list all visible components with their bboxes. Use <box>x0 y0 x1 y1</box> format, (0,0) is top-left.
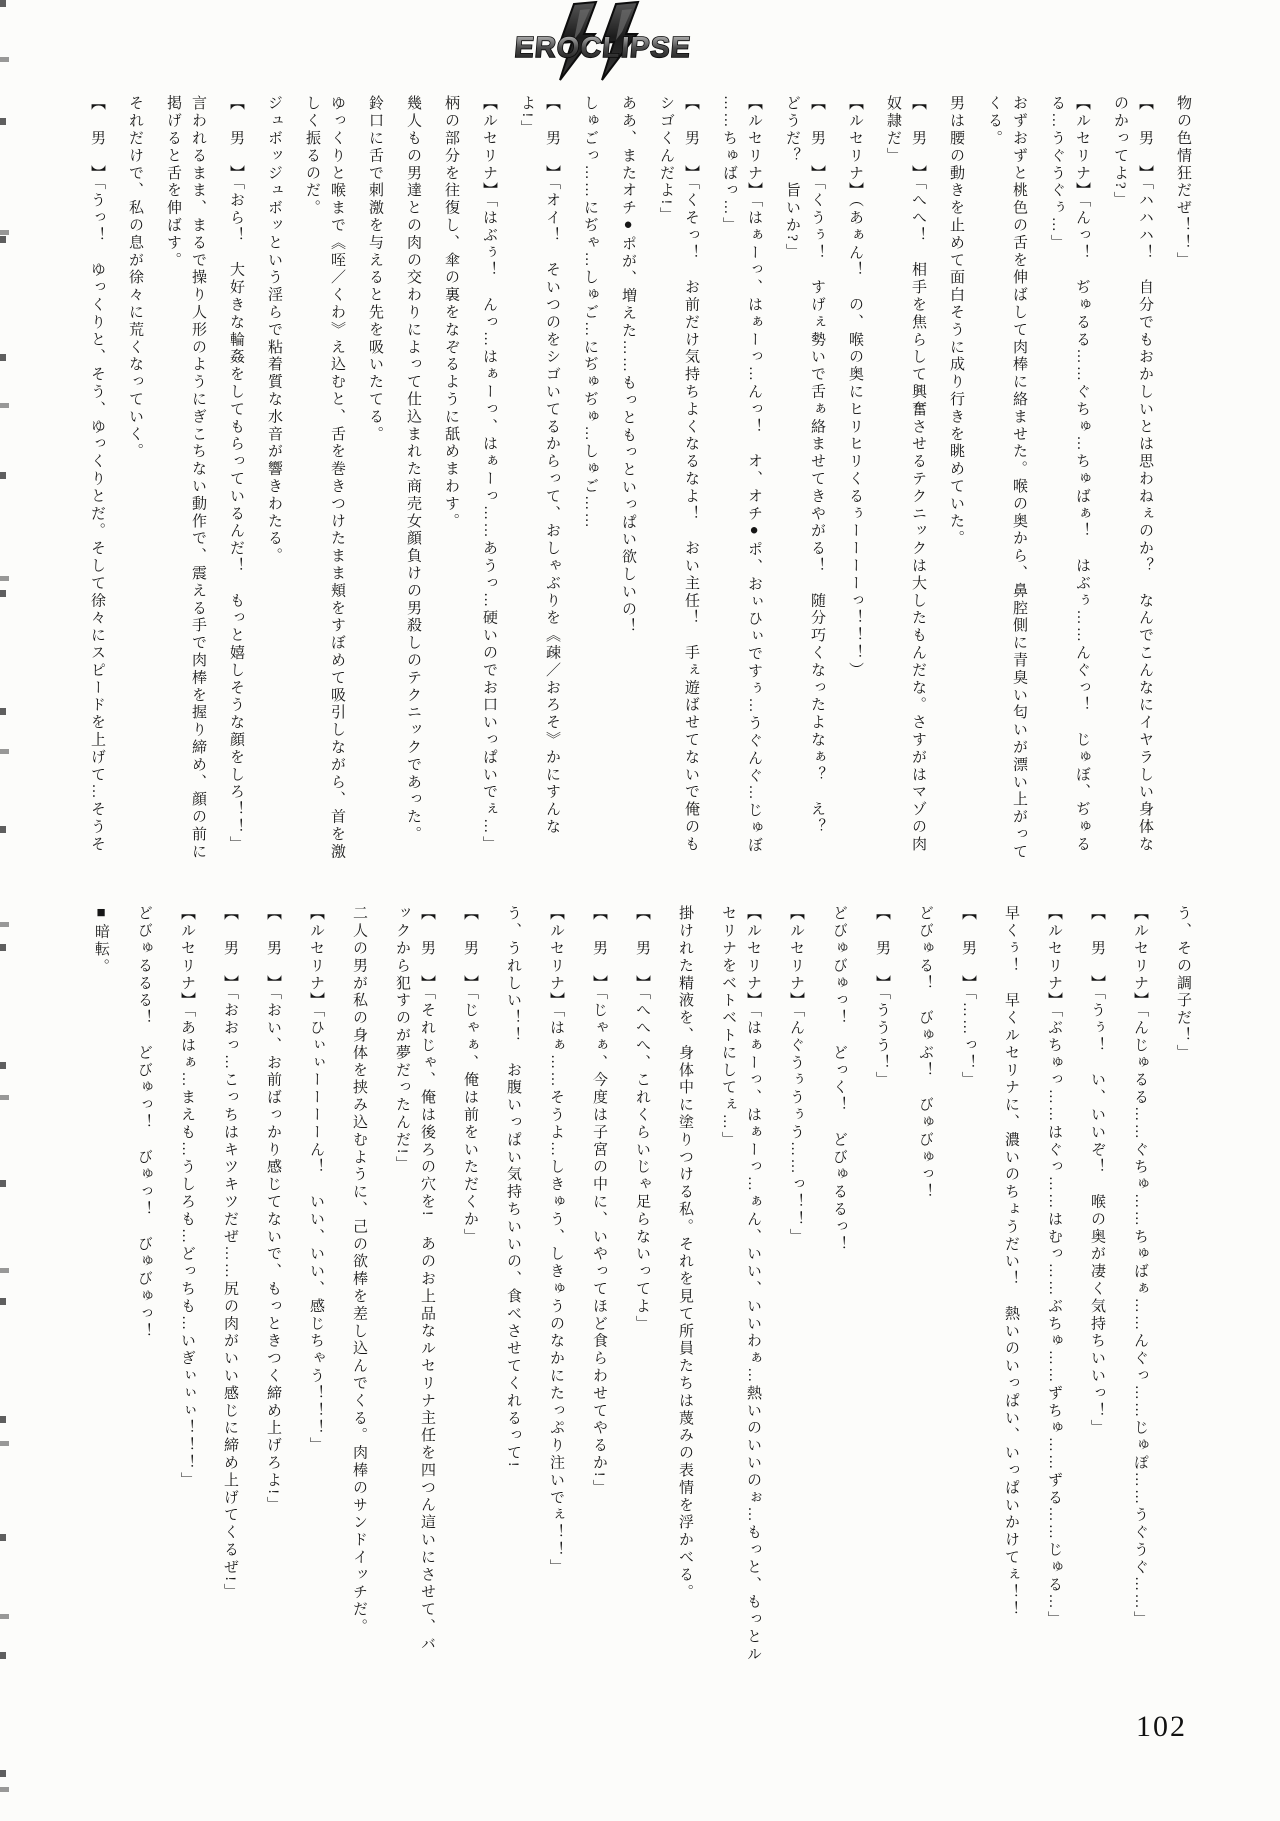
paragraph: どびゅびゅっ！ どっく！ どびゅるるっ！ <box>826 905 851 1667</box>
text-column: セリナをベトベトにしてぇ…」 <box>715 905 740 1667</box>
text-column: それだけで、私の息が徐々に荒くなっていく。 <box>122 95 147 883</box>
text-column: ……ちゅばっ…」 <box>716 95 741 883</box>
text-column: 【ルセリナ】「んっ！ ぢゅるる……ぐちゅ…ちゅばぁ！ はぶぅ……んぐっ！ じゅぼ… <box>1069 95 1094 883</box>
text-column: 【 男 】「へへへ、これくらいじゃ足らないってよ」 <box>629 905 654 1667</box>
text-column: よ!」 <box>514 95 539 883</box>
paragraph: 【 男 】「じゃぁ、俺は前をいただくか」 <box>457 905 482 1667</box>
paragraph: 【 男 】「おい、お前ばっかり感じてないで、もっときつく締め上げろよ!」 <box>260 905 285 1667</box>
paragraph: ■暗転。 <box>88 905 113 1667</box>
top-text-block: 物の色情狂だぜ！！」【 男 】「ハハハ！ 自分でもおかしいとは思わねぇのか？ な… <box>71 95 1195 883</box>
bottom-text-block: う、その調子だ！」【ルセリナ】「んじゅるる……ぐちゅ……ちゅばぁ……んぐっ……じ… <box>70 905 1195 1667</box>
text-column: しく振るのだ。 <box>299 95 324 883</box>
paragraph: 言われるまま、まるで操り人形のようにぎこちない動作で、震える手で肉棒を握り締め、… <box>160 95 210 883</box>
paragraph: 【ルセリナ】「はぁーっ、はぁーっ…ぁん、いい、いいわぁ…熱いのいいのぉ…もっと、… <box>715 905 765 1667</box>
scanned-script-page: EROCLIPSE 物の色情狂だぜ！！」【 男 】「ハハハ！ 自分でもおかしいと… <box>0 0 1280 1821</box>
paragraph: 【 男 】「へへ！ 相手を焦らして興奮させるテクニックは大したもんだな。さすがは… <box>880 95 930 883</box>
text-column: ああ、またオチ●ポが、増えた……もっともっといっぱい欲しいの！ <box>615 95 640 883</box>
text-column: 【ルセリナ】「はぁ……そうよ…しきゅう、しきゅうのなかにたっぷり注いでぇ！！」 <box>543 905 568 1667</box>
scan-binding-artifacts <box>0 0 10 1821</box>
paragraph: 【ルセリナ】「ぶちゅっ……はぐっ……はむっ……ぶちゅ……ずちゅ……ずる……じゅる… <box>1041 905 1066 1667</box>
text-column: ックから犯すのが夢だったんだ!」 <box>389 905 414 1667</box>
paragraph: 掛けれた精液を、身体中に塗りつける私。それを見て所員たちは蔑みの表情を浮かべる。 <box>672 905 697 1667</box>
text-column: 【ルセリナ】「はぁーっ、はぁーっ…んっ！ オ、オチ●ポ、おぃひぃですぅ…うぐんぐ… <box>741 95 766 883</box>
text-column: 【 男 】「おい、お前ばっかり感じてないで、もっときつく締め上げろよ!」 <box>260 905 285 1667</box>
paragraph: 男は腰の動きを止めて面白そうに成り行きを眺めていた。 <box>943 95 968 883</box>
text-column: 言われるまま、まるで操り人形のようにぎこちない動作で、震える手で肉棒を握り締め、… <box>185 95 210 883</box>
text-column: 奴隷だ」 <box>880 95 905 883</box>
text-column: 二人の男が私の身体を挟み込むように、己の欲棒を差し込んでくる。肉棒のサンドイッチ… <box>346 905 371 1667</box>
text-column: 【ルセリナ】「はぶぅ！ んっ…はぁーっ、はぁーっ……あうっ…硬いのでお口いっぱい… <box>476 95 501 883</box>
paragraph: 物の色情狂だぜ！！」 <box>1170 95 1195 883</box>
paragraph: 【 男 】「ううう！」 <box>869 905 894 1667</box>
text-column: 【ルセリナ】（あぁん！ の、喉の奥にヒリヒリくるぅーーーーっ！！！） <box>842 95 867 883</box>
text-column: 【 男 】「うぅ！ い、いいぞ！ 喉の奥が凄く気持ちいいっ！」 <box>1084 905 1109 1667</box>
paragraph: う、うれしい！！ お腹いっぱい気持ちいいの、食べさせてくれるって! <box>500 905 525 1667</box>
text-column: ジュボッジュボッという淫らで粘着質な水音が響きわたる。 <box>261 95 286 883</box>
paragraph: ああ、またオチ●ポが、増えた……もっともっといっぱい欲しいの！ <box>615 95 640 883</box>
paragraph: しゅごっ……にぢゃ…しゅご…にぢゅぢゅ…しゅご…… <box>577 95 602 883</box>
text-column: 【 男 】「じゃぁ、俺は前をいただくか」 <box>457 905 482 1667</box>
paragraph: 【ルセリナ】「んじゅるる……ぐちゅ……ちゅばぁ……んぐっ……じゅぽ……うぐうぐ…… <box>1127 905 1152 1667</box>
text-column: のかってよ?」 <box>1107 95 1132 883</box>
text-column: 【ルセリナ】「ぶちゅっ……はぐっ……はむっ……ぶちゅ……ずちゅ……ずる……じゅる… <box>1041 905 1066 1667</box>
text-column: 幾人もの男達との肉の交わりによって仕込まれた商売女顔負けの男殺しのテクニックであ… <box>400 95 425 883</box>
paragraph: う、その調子だ！」 <box>1170 905 1195 1667</box>
paragraph: 【 男 】「それじゃ、俺は後ろの穴を! あのお上品なルセリナ主任を四つん這いにさ… <box>389 905 439 1667</box>
paragraph: それだけで、私の息が徐々に荒くなっていく。 <box>122 95 147 883</box>
paragraph: 【 男 】「じゃぁ、今度は子宮の中に、いやってほど食らわせてやるか!」 <box>586 905 611 1667</box>
text-column: ■暗転。 <box>88 905 113 1667</box>
text-column: 【 男 】「ハハハ！ 自分でもおかしいとは思わねぇのか？ なんでこんなにイヤラし… <box>1132 95 1157 883</box>
logo-text: EROCLIPSE <box>513 32 692 64</box>
text-column: 【ルセリナ】「はぁーっ、はぁーっ…ぁん、いい、いいわぁ…熱いのいいのぉ…もっと、… <box>740 905 765 1667</box>
text-column: 【 男 】「へへ！ 相手を焦らして興奮させるテクニックは大したもんだな。さすがは… <box>905 95 930 883</box>
text-column: 【 男 】「うっ！ ゆっくりと、そう、ゆっくりとだ。そして徐々にスピードを上げて… <box>84 95 109 883</box>
text-column: シゴくんだよ!」 <box>653 95 678 883</box>
paragraph: ゆっくりと喉まで《咥／くわ》え込むと、舌を巻きつけたまま頬をすぼめて吸引しながら… <box>299 95 349 883</box>
text-column: る…うぐうぐぅ…」 <box>1044 95 1069 883</box>
text-column: どうだ？ 旨いか?」 <box>779 95 804 883</box>
text-column: 【 男 】「くうぅ！ すげぇ勢いで舌ぁ絡ませてきやがる！ 随分巧くなったよなぁ？… <box>804 95 829 883</box>
text-column: 【ルセリナ】「ひぃぃーーーーん！ いい、いい、感じちゃう！！！」 <box>303 905 328 1667</box>
paragraph: 鈴口に舌で刺激を与えると先を吸いたてる。 <box>362 95 387 883</box>
page-number: 102 <box>1136 1710 1187 1744</box>
text-column: う、うれしい！！ お腹いっぱい気持ちいいの、食べさせてくれるって! <box>500 905 525 1667</box>
paragraph: どびゅる！ びゅぶ！ びゅびゅっ！ <box>912 905 937 1667</box>
paragraph: ジュボッジュボッという淫らで粘着質な水音が響きわたる。 <box>261 95 286 883</box>
text-column: 物の色情狂だぜ！！」 <box>1170 95 1195 883</box>
paragraph: 【 男 】「オイ！ そいつのをシゴいてるからって、おしゃぶりを《疎／おろそ》かに… <box>514 95 564 883</box>
paragraph: 【ルセリナ】「はぶぅ！ んっ…はぁーっ、はぁーっ……あうっ…硬いのでお口いっぱい… <box>476 95 501 883</box>
text-column: 早くぅ！ 早くルセリナに、濃いのちょうだい！ 熱いのいっぱい、いっぱいかけてぇ！… <box>998 905 1023 1667</box>
paragraph: 柄の部分を往復し、傘の裏をなぞるように舐めまわす。 <box>438 95 463 883</box>
paragraph: 【ルセリナ】「んっ！ ぢゅるる……ぐちゅ…ちゅばぁ！ はぶぅ……んぐっ！ じゅぼ… <box>1044 95 1094 883</box>
paragraph: 【 男 】「ハハハ！ 自分でもおかしいとは思わねぇのか？ なんでこんなにイヤラし… <box>1107 95 1157 883</box>
text-column: 【 男 】「おおっ…こっちはキツキツだぜ……尻の肉がいい感じに締め上げてくるぜ!… <box>217 905 242 1667</box>
paragraph: 【ルセリナ】「んぐうぅうぅう……っ！！」 <box>783 905 808 1667</box>
paragraph: 【 男 】「へへへ、これくらいじゃ足らないってよ」 <box>629 905 654 1667</box>
paragraph: 二人の男が私の身体を挟み込むように、己の欲棒を差し込んでくる。肉棒のサンドイッチ… <box>346 905 371 1667</box>
text-column: 【 男 】「おら！ 大好きな輪姦をしてもらっているんだ！ もっと嬉しそうな顔をし… <box>223 95 248 883</box>
paragraph: 【ルセリナ】「はぁーっ、はぁーっ…んっ！ オ、オチ●ポ、おぃひぃですぅ…うぐんぐ… <box>716 95 766 883</box>
text-column: くる。 <box>981 95 1006 883</box>
paragraph: 【ルセリナ】「ひぃぃーーーーん！ いい、いい、感じちゃう！！！」 <box>303 905 328 1667</box>
text-column: 【ルセリナ】「んじゅるる……ぐちゅ……ちゅばぁ……んぐっ……じゅぽ……うぐうぐ…… <box>1127 905 1152 1667</box>
paragraph: 【ルセリナ】（あぁん！ の、喉の奥にヒリヒリくるぅーーーーっ！！！） <box>842 95 867 883</box>
text-column: 【ルセリナ】「んぐうぅうぅう……っ！！」 <box>783 905 808 1667</box>
paragraph: 【ルセリナ】「あはぁ…まえも…うしろも…どっちも…いぎぃぃぃ！！！」 <box>174 905 199 1667</box>
text-column: ゆっくりと喉まで《咥／くわ》え込むと、舌を巻きつけたまま頬をすぼめて吸引しながら… <box>324 95 349 883</box>
paragraph: 【 男 】「うっ！ ゆっくりと、そう、ゆっくりとだ。そして徐々にスピードを上げて… <box>84 95 109 883</box>
text-column: 【 男 】「オイ！ そいつのをシゴいてるからって、おしゃぶりを《疎／おろそ》かに… <box>539 95 564 883</box>
paragraph: 【 男 】「くうぅ！ すげぇ勢いで舌ぁ絡ませてきやがる！ 随分巧くなったよなぁ？… <box>779 95 829 883</box>
paragraph: 【 男 】「おら！ 大好きな輪姦をしてもらっているんだ！ もっと嬉しそうな顔をし… <box>223 95 248 883</box>
text-column: 【 男 】「……っ！」 <box>955 905 980 1667</box>
paragraph: 【 男 】「うぅ！ い、いいぞ！ 喉の奥が凄く気持ちいいっ！」 <box>1084 905 1109 1667</box>
text-column: 男は腰の動きを止めて面白そうに成り行きを眺めていた。 <box>943 95 968 883</box>
paragraph: 早くぅ！ 早くルセリナに、濃いのちょうだい！ 熱いのいっぱい、いっぱいかけてぇ！… <box>998 905 1023 1667</box>
text-column: おずおずと桃色の舌を伸ばして肉棒に絡ませた。喉の奥から、鼻腔側に青臭い匂いが漂い… <box>1006 95 1031 883</box>
text-column: 鈴口に舌で刺激を与えると先を吸いたてる。 <box>362 95 387 883</box>
eroclipse-logo: EROCLIPSE <box>496 0 718 82</box>
text-column: 【ルセリナ】「あはぁ…まえも…うしろも…どっちも…いぎぃぃぃ！！！」 <box>174 905 199 1667</box>
text-column: 【 男 】「じゃぁ、今度は子宮の中に、いやってほど食らわせてやるか!」 <box>586 905 611 1667</box>
text-column: 掛けれた精液を、身体中に塗りつける私。それを見て所員たちは蔑みの表情を浮かべる。 <box>672 905 697 1667</box>
text-column: 柄の部分を往復し、傘の裏をなぞるように舐めまわす。 <box>438 95 463 883</box>
paragraph: 【ルセリナ】「はぁ……そうよ…しきゅう、しきゅうのなかにたっぷり注いでぇ！！」 <box>543 905 568 1667</box>
text-column: う、その調子だ！」 <box>1170 905 1195 1667</box>
paragraph: 【 男 】「おおっ…こっちはキツキツだぜ……尻の肉がいい感じに締め上げてくるぜ!… <box>217 905 242 1667</box>
paragraph: 幾人もの男達との肉の交わりによって仕込まれた商売女顔負けの男殺しのテクニックであ… <box>400 95 425 883</box>
paragraph: どびゅるるる！ どびゅっ！ びゅっ！ びゅびゅっ！ <box>131 905 156 1667</box>
text-column: 掲げると舌を伸ばす。 <box>160 95 185 883</box>
paragraph: おずおずと桃色の舌を伸ばして肉棒に絡ませた。喉の奥から、鼻腔側に青臭い匂いが漂い… <box>981 95 1031 883</box>
text-column: どびゅる！ びゅぶ！ びゅびゅっ！ <box>912 905 937 1667</box>
paragraph: 【 男 】「くそっ！ お前だけ気持ちよくなるなよ！ おい主任！ 手ぇ遊ばせてない… <box>653 95 703 883</box>
text-column: 【 男 】「ううう！」 <box>869 905 894 1667</box>
text-column: 【 男 】「それじゃ、俺は後ろの穴を! あのお上品なルセリナ主任を四つん這いにさ… <box>414 905 439 1667</box>
paragraph: 【 男 】「……っ！」 <box>955 905 980 1667</box>
text-column: 【 男 】「くそっ！ お前だけ気持ちよくなるなよ！ おい主任！ 手ぇ遊ばせてない… <box>678 95 703 883</box>
text-column: しゅごっ……にぢゃ…しゅご…にぢゅぢゅ…しゅご…… <box>577 95 602 883</box>
text-column: どびゅるるる！ どびゅっ！ びゅっ！ びゅびゅっ！ <box>131 905 156 1667</box>
text-column: どびゅびゅっ！ どっく！ どびゅるるっ！ <box>826 905 851 1667</box>
